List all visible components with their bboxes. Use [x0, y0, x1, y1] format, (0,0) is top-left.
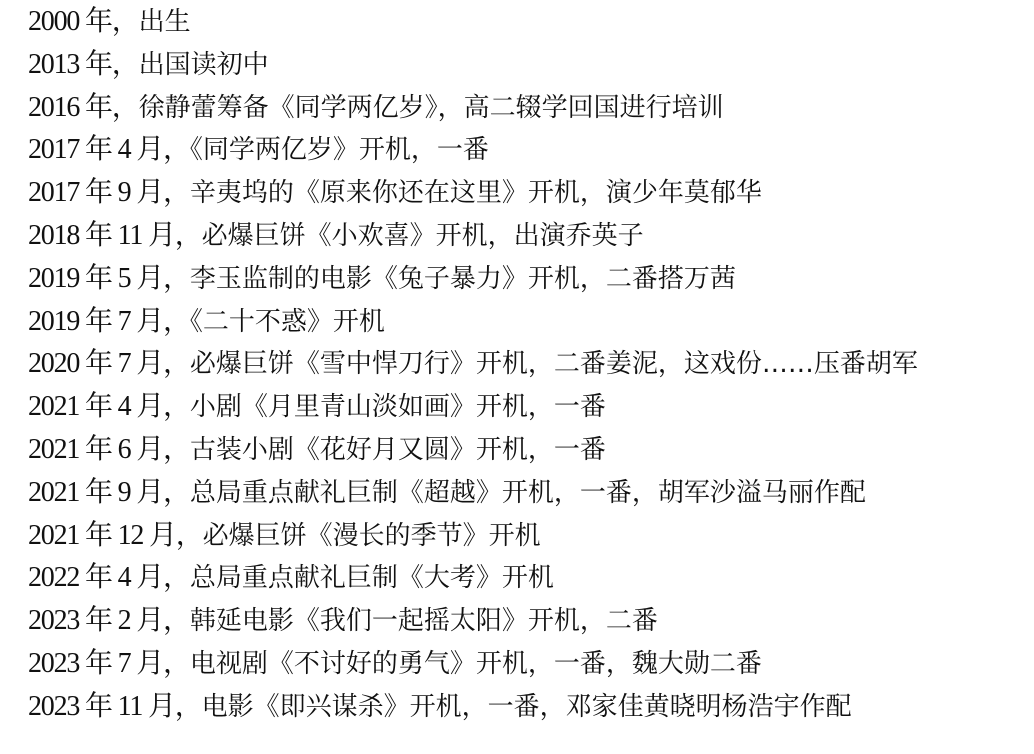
entry-date: 2022 年 4 月，	[28, 562, 190, 593]
entry-text: 必爆巨饼《雪中悍刀行》开机，二番姜泥，这戏份……压番胡军	[190, 349, 918, 379]
entry-date: 2017 年 4 月，	[28, 134, 190, 165]
timeline-entry: 2023 年 7 月，电视剧《不讨好的勇气》开机，一番，魏大勋二番	[28, 642, 918, 685]
timeline-entry: 2016 年，徐静蕾筹备《同学两亿岁》，高二辍学回国进行培训	[28, 86, 918, 129]
timeline-entry: 2022 年 4 月，总局重点献礼巨制《大考》开机	[28, 556, 918, 599]
timeline-entry: 2021 年 4 月，小剧《月里青山淡如画》开机，一番	[28, 385, 918, 428]
entry-text: 电视剧《不讨好的勇气》开机，一番，魏大勋二番	[190, 649, 762, 679]
timeline-entry: 2020 年 7 月，必爆巨饼《雪中悍刀行》开机，二番姜泥，这戏份……压番胡军	[28, 342, 918, 385]
timeline-entry: 2017 年 9 月，辛夷坞的《原来你还在这里》开机，演少年莫郁华	[28, 171, 918, 214]
entry-text: 《同学两亿岁》开机，一番	[190, 135, 489, 165]
entry-text: 辛夷坞的《原来你还在这里》开机，演少年莫郁华	[190, 178, 762, 208]
entry-text: 出生	[139, 7, 191, 37]
entry-text: 电影《即兴谋杀》开机，一番，邓家佳黄晓明杨浩宇作配	[202, 692, 852, 722]
timeline-entry: 2023 年 11 月，电影《即兴谋杀》开机，一番，邓家佳黄晓明杨浩宇作配	[28, 685, 918, 728]
entry-date: 2023 年 11 月，	[28, 691, 202, 722]
entry-text: 总局重点献礼巨制《超越》开机，一番，胡军沙溢马丽作配	[190, 478, 866, 508]
entry-date: 2021 年 4 月，	[28, 391, 190, 422]
entry-text: 总局重点献礼巨制《大考》开机	[190, 563, 554, 593]
timeline-entry: 2023 年 2 月，韩延电影《我们一起摇太阳》开机，二番	[28, 599, 918, 642]
entry-date: 2020 年 7 月，	[28, 348, 190, 379]
entry-date: 2013 年，	[28, 49, 139, 80]
timeline-entry: 2017 年 4 月，《同学两亿岁》开机，一番	[28, 128, 918, 171]
entry-date: 2018 年 11 月，	[28, 220, 202, 251]
entry-date: 2000 年，	[28, 6, 139, 37]
entry-date: 2021 年 6 月，	[28, 434, 190, 465]
entry-date: 2023 年 2 月，	[28, 605, 190, 636]
entry-date: 2016 年，	[28, 92, 139, 123]
timeline-entry: 2013 年，出国读初中	[28, 43, 918, 86]
entry-text: 《二十不惑》开机	[190, 307, 385, 337]
timeline-entry: 2021 年 12 月，必爆巨饼《漫长的季节》开机	[28, 514, 918, 557]
entry-date: 2021 年 12 月，	[28, 520, 203, 551]
timeline-entry: 2021 年 6 月，古装小剧《花好月又圆》开机，一番	[28, 428, 918, 471]
entry-text: 出国读初中	[139, 50, 269, 80]
entry-date: 2019 年 7 月，	[28, 306, 190, 337]
entry-text: 李玉监制的电影《兔子暴力》开机，二番搭万茜	[190, 264, 736, 294]
entry-text: 必爆巨饼《小欢喜》开机，出演乔英子	[202, 221, 644, 251]
entry-text: 徐静蕾筹备《同学两亿岁》，高二辍学回国进行培训	[139, 93, 724, 123]
timeline-entry: 2018 年 11 月，必爆巨饼《小欢喜》开机，出演乔英子	[28, 214, 918, 257]
timeline-entry: 2021 年 9 月，总局重点献礼巨制《超越》开机，一番，胡军沙溢马丽作配	[28, 471, 918, 514]
timeline-entry: 2000 年，出生	[28, 0, 918, 43]
entry-date: 2023 年 7 月，	[28, 648, 190, 679]
timeline-entry: 2019 年 7 月，《二十不惑》开机	[28, 300, 918, 343]
entry-date: 2017 年 9 月，	[28, 177, 190, 208]
entry-text: 古装小剧《花好月又圆》开机，一番	[190, 435, 606, 465]
entry-date: 2021 年 9 月，	[28, 477, 190, 508]
entry-text: 小剧《月里青山淡如画》开机，一番	[190, 392, 606, 422]
entry-text: 必爆巨饼《漫长的季节》开机	[203, 521, 541, 551]
entry-text: 韩延电影《我们一起摇太阳》开机，二番	[190, 606, 658, 636]
timeline-entry: 2019 年 5 月，李玉监制的电影《兔子暴力》开机，二番搭万茜	[28, 257, 918, 300]
entry-date: 2019 年 5 月，	[28, 263, 190, 294]
career-timeline: 2000 年，出生 2013 年，出国读初中 2016 年，徐静蕾筹备《同学两亿…	[28, 0, 918, 728]
